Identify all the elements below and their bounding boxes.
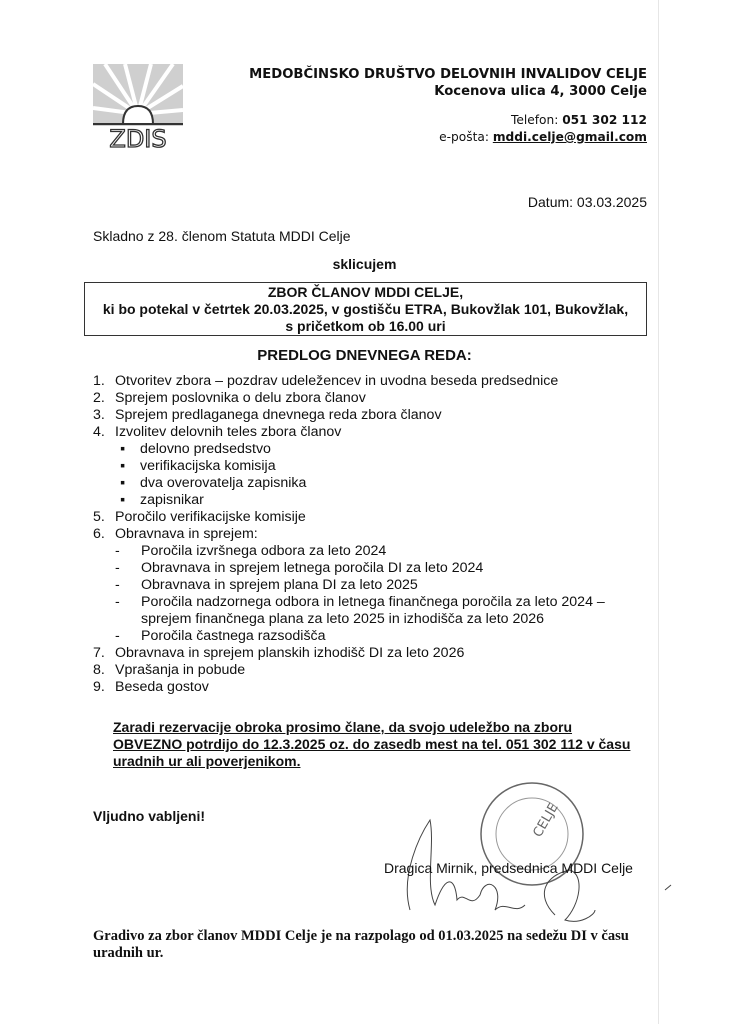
agenda-item-text: Obravnava in sprejem planskih izhodišč D… [115, 645, 464, 662]
agenda-item-number: 7. [93, 645, 115, 662]
dash-bullet-icon: - [115, 594, 141, 628]
meeting-location: ki bo potekal v četrtek 20.03.2025, v go… [85, 301, 646, 318]
dash-bullet-icon: - [115, 543, 141, 560]
agenda-item: 1.Otvoritev zbora – pozdrav udeležencev … [93, 373, 653, 390]
agenda-item-number: 5. [93, 509, 115, 526]
meeting-time: s pričetkom ob 16.00 uri [85, 318, 646, 335]
reservation-notice: Zaradi rezervacije obroka prosimo člane,… [113, 719, 643, 770]
agenda-item: 7.Obravnava in sprejem planskih izhodišč… [93, 645, 653, 662]
agenda-dash-item: -Poročila častnega razsodišča [93, 628, 653, 645]
agenda-item: 6.Obravnava in sprejem: [93, 526, 653, 543]
agenda-dash-item: -Poročila izvršnega odbora za leto 2024 [93, 543, 653, 560]
phone-label: Telefon: [511, 113, 558, 127]
agenda-item-number: 8. [93, 662, 115, 679]
agenda-subitem-text: delovno predsedstvo [140, 441, 271, 458]
intro-text: Skladno z 28. členom Statuta MDDI Celje [93, 228, 351, 244]
footer-note: Gradivo za zbor članov MDDI Celje je na … [93, 928, 663, 962]
agenda-subitem-text: dva overovatelja zapisnika [140, 475, 306, 492]
agenda-item-number: 4. [93, 424, 115, 441]
square-bullet-icon: ▪ [120, 475, 140, 492]
meeting-title: ZBOR ČLANOV MDDI CELJE, [85, 284, 646, 301]
agenda-item-text: Sprejem predlaganega dnevnega reda zbora… [115, 407, 442, 424]
agenda-dash-item: -Poročila nadzornega odbora in letnega f… [93, 594, 653, 628]
dash-bullet-icon: - [115, 628, 141, 645]
square-bullet-icon: ▪ [120, 492, 140, 509]
agenda-item: 5.Poročilo verifikacijske komisije [93, 509, 653, 526]
dash-bullet-icon: - [115, 560, 141, 577]
agenda-subitem: ▪zapisnikar [93, 492, 653, 509]
agenda-item-number: 6. [93, 526, 115, 543]
organization-name: MEDOBČINSKO DRUŠTVO DELOVNIH INVALIDOV C… [249, 66, 647, 83]
signer-name: Dragica Mirnik, predsednica MDDI Celje [384, 860, 633, 876]
agenda-item-text: Obravnava in sprejem: [115, 526, 258, 543]
phone-number: 051 302 112 [562, 113, 647, 127]
email-link[interactable]: mddi.celje@gmail.com [493, 130, 647, 144]
meeting-info-box: ZBOR ČLANOV MDDI CELJE, ki bo potekal v … [84, 282, 647, 336]
greeting: Vljudno vabljeni! [93, 808, 205, 824]
agenda-item-number: 1. [93, 373, 115, 390]
zdis-logo: ZDIS [93, 64, 183, 150]
dash-bullet-icon: - [115, 577, 141, 594]
convene-heading: sklicujem [0, 256, 729, 272]
agenda-item-text: Izvolitev delovnih teles zbora članov [115, 424, 341, 441]
agenda-dash-item-text: Poročila izvršnega odbora za leto 2024 [141, 543, 386, 560]
agenda-dash-item-text: Obravnava in sprejem letnega poročila DI… [141, 560, 483, 577]
agenda-item-number: 9. [93, 679, 115, 696]
square-bullet-icon: ▪ [120, 458, 140, 475]
agenda-dash-item-text: Poročila častnega razsodišča [141, 628, 326, 645]
agenda-subitem-text: verifikacijska komisija [140, 458, 276, 475]
agenda-item-number: 2. [93, 390, 115, 407]
agenda-item-text: Beseda gostov [115, 679, 209, 696]
document-date: Datum: 03.03.2025 [528, 194, 647, 210]
agenda-item-text: Sprejem poslovnika o delu zbora članov [115, 390, 366, 407]
agenda-item: 9.Beseda gostov [93, 679, 653, 696]
agenda-subitem: ▪verifikacijska komisija [93, 458, 653, 475]
agenda-subitem-text: zapisnikar [140, 492, 204, 509]
svg-text:ZDIS: ZDIS [109, 125, 166, 150]
agenda-item: 4.Izvolitev delovnih teles zbora članov [93, 424, 653, 441]
agenda-dash-item: -Obravnava in sprejem letnega poročila D… [93, 560, 653, 577]
agenda-item-text: Otvoritev zbora – pozdrav udeležencev in… [115, 373, 558, 390]
agenda-title: PREDLOG DNEVNEGA REDA: [0, 347, 729, 364]
agenda-item: 2.Sprejem poslovnika o delu zbora članov [93, 390, 653, 407]
agenda-item: 8.Vprašanja in pobude [93, 662, 653, 679]
agenda-item-text: Poročilo verifikacijske komisije [115, 509, 306, 526]
organization-address: Kocenova ulica 4, 3000 Celje [249, 83, 647, 100]
agenda-dash-item-text: Obravnava in sprejem plana DI za leto 20… [141, 577, 418, 594]
agenda-dash-item: -Obravnava in sprejem plana DI za leto 2… [93, 577, 653, 594]
agenda-dash-item-text: Poročila nadzornega odbora in letnega fi… [141, 594, 653, 628]
agenda-item-number: 3. [93, 407, 115, 424]
organization-header: MEDOBČINSKO DRUŠTVO DELOVNIH INVALIDOV C… [249, 66, 647, 100]
agenda-subitem: ▪delovno predsedstvo [93, 441, 653, 458]
agenda-subitem: ▪dva overovatelja zapisnika [93, 475, 653, 492]
square-bullet-icon: ▪ [120, 441, 140, 458]
agenda-item-text: Vprašanja in pobude [115, 662, 245, 679]
email-label: e-pošta: [439, 130, 489, 144]
agenda-item: 3.Sprejem predlaganega dnevnega reda zbo… [93, 407, 653, 424]
agenda-list: 1.Otvoritev zbora – pozdrav udeležencev … [93, 373, 653, 696]
contact-info: Telefon: 051 302 112 e-pošta: mddi.celje… [439, 112, 647, 146]
